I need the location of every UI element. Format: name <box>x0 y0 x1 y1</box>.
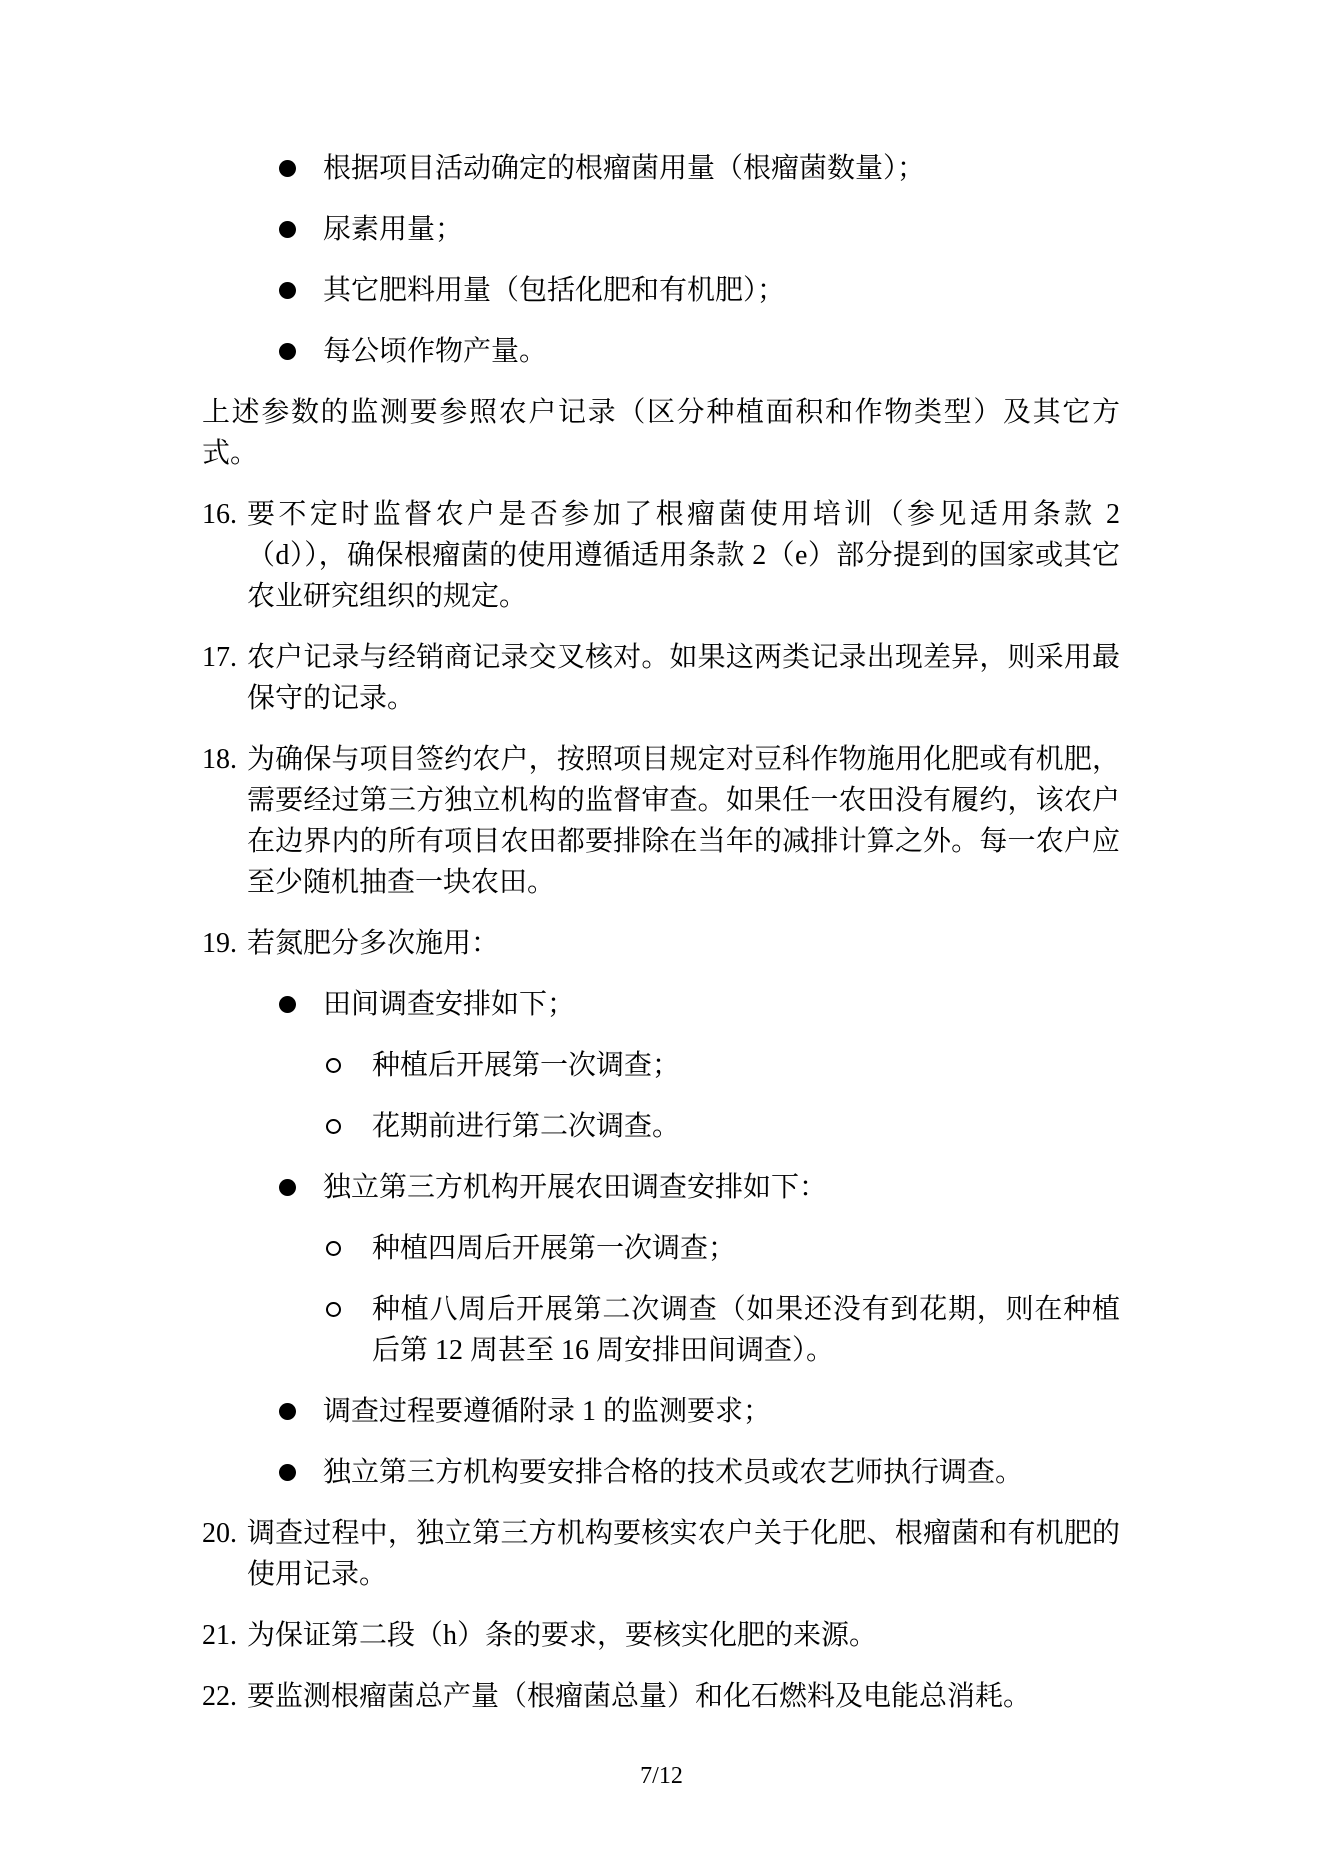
bullet-list-item: 独立第三方机构开展农田调查安排如下： <box>202 1167 1120 1208</box>
item-text: 为保证第二段（h）条的要求，要核实化肥的来源。 <box>247 1620 877 1651</box>
item-text: 为确保与项目签约农户，按照项目规定对豆科作物施用化肥或有机肥，需要经过第三方独立… <box>247 744 1120 898</box>
document-page: 根据项目活动确定的根瘤菌用量（根瘤菌数量）； 尿素用量； 其它肥料用量（包括化肥… <box>0 0 1323 1871</box>
intro-paragraph: 上述参数的监测要参照农户记录（区分种植面积和作物类型）及其它方式。 <box>202 392 1120 474</box>
bullet-list-item: 根据项目活动确定的根瘤菌用量（根瘤菌数量）； <box>202 148 1120 189</box>
disc-bullet-icon <box>279 1464 296 1481</box>
item-text: 农户记录与经销商记录交叉核对。如果这两类记录出现差异，则采用最保守的记录。 <box>247 642 1120 714</box>
disc-bullet-icon <box>279 160 296 177</box>
item-number: 22. <box>202 1676 237 1717</box>
disc-bullet-icon <box>279 343 296 360</box>
numbered-list: 16. 要不定时监督农户是否参加了根瘤菌使用培训（参见适用条款 2（d）），确保… <box>202 494 1120 1717</box>
numbered-list-item: 22. 要监测根瘤菌总产量（根瘤菌总量）和化石燃料及电能总消耗。 <box>202 1676 1120 1717</box>
disc-bullet-icon <box>279 282 296 299</box>
item-text: 要监测根瘤菌总产量（根瘤菌总量）和化石燃料及电能总消耗。 <box>247 1681 1031 1712</box>
item-text: 若氮肥分多次施用： <box>247 928 499 959</box>
bullet-list-item: 独立第三方机构要安排合格的技术员或农艺师执行调查。 <box>202 1452 1120 1493</box>
bullet-item-text: 尿素用量； <box>323 214 463 245</box>
circle-bullet-icon <box>326 1119 341 1134</box>
bullet-list-item: 田间调查安排如下； <box>202 984 1120 1025</box>
document-body: 根据项目活动确定的根瘤菌用量（根瘤菌数量）； 尿素用量； 其它肥料用量（包括化肥… <box>202 148 1120 1737</box>
sub-item-text: 种植四周后开展第一次调查； <box>372 1233 736 1264</box>
bullet-item-text: 田间调查安排如下； <box>323 989 575 1020</box>
numbered-list-item: 20. 调查过程中，独立第三方机构要核实农户关于化肥、根瘤菌和有机肥的使用记录。 <box>202 1513 1120 1595</box>
circle-bullet-icon <box>326 1058 341 1073</box>
numbered-list-item: 21. 为保证第二段（h）条的要求，要核实化肥的来源。 <box>202 1615 1120 1656</box>
page-number: 7/12 <box>640 1763 683 1789</box>
bullet-item-text: 其它肥料用量（包括化肥和有机肥）； <box>323 275 785 306</box>
page-footer: 7/12 <box>0 1762 1323 1790</box>
bullet-list-item: 其它肥料用量（包括化肥和有机肥）； <box>202 270 1120 311</box>
bullet-list-item: 调查过程要遵循附录 1 的监测要求； <box>202 1391 1120 1432</box>
item-number: 17. <box>202 637 237 678</box>
sub-item-text: 种植后开展第一次调查； <box>372 1050 680 1081</box>
bullet-item-text: 独立第三方机构要安排合格的技术员或农艺师执行调查。 <box>323 1457 1023 1488</box>
item-text: 调查过程中，独立第三方机构要核实农户关于化肥、根瘤菌和有机肥的使用记录。 <box>247 1518 1120 1590</box>
top-bullet-list: 根据项目活动确定的根瘤菌用量（根瘤菌数量）； 尿素用量； 其它肥料用量（包括化肥… <box>202 148 1120 372</box>
circle-sub-item: 花期前进行第二次调查。 <box>202 1106 1120 1147</box>
circle-sub-item: 种植后开展第一次调查； <box>202 1045 1120 1086</box>
item-text: 要不定时监督农户是否参加了根瘤菌使用培训（参见适用条款 2（d）），确保根瘤菌的… <box>247 499 1120 612</box>
bullet-item-text: 调查过程要遵循附录 1 的监测要求； <box>323 1396 771 1427</box>
bullet-item-text: 独立第三方机构开展农田调查安排如下： <box>323 1172 827 1203</box>
circle-bullet-icon <box>326 1241 341 1256</box>
item-number: 18. <box>202 739 237 780</box>
disc-bullet-icon <box>279 1179 296 1196</box>
sub-item-text: 花期前进行第二次调查。 <box>372 1111 680 1142</box>
item-number: 16. <box>202 494 237 535</box>
sub-item-text: 种植八周后开展第二次调查（如果还没有到花期，则在种植后第 12 周甚至 16 周… <box>372 1294 1120 1366</box>
item-number: 21. <box>202 1615 237 1656</box>
bullet-list-item: 每公顷作物产量。 <box>202 331 1120 372</box>
numbered-list-item: 16. 要不定时监督农户是否参加了根瘤菌使用培训（参见适用条款 2（d）），确保… <box>202 494 1120 617</box>
circle-bullet-icon <box>326 1302 341 1317</box>
bullet-list-item: 尿素用量； <box>202 209 1120 250</box>
numbered-list-item: 18. 为确保与项目签约农户，按照项目规定对豆科作物施用化肥或有机肥，需要经过第… <box>202 739 1120 903</box>
item-number: 20. <box>202 1513 237 1554</box>
item-number: 19. <box>202 923 237 964</box>
numbered-list-item: 19. 若氮肥分多次施用： <box>202 923 1120 964</box>
bullet-item-text: 每公顷作物产量。 <box>323 336 547 367</box>
numbered-list-item: 17. 农户记录与经销商记录交叉核对。如果这两类记录出现差异，则采用最保守的记录… <box>202 637 1120 719</box>
disc-bullet-icon <box>279 1403 296 1420</box>
circle-sub-item: 种植八周后开展第二次调查（如果还没有到花期，则在种植后第 12 周甚至 16 周… <box>202 1289 1120 1371</box>
disc-bullet-icon <box>279 996 296 1013</box>
circle-sub-item: 种植四周后开展第一次调查； <box>202 1228 1120 1269</box>
disc-bullet-icon <box>279 221 296 238</box>
bullet-item-text: 根据项目活动确定的根瘤菌用量（根瘤菌数量）； <box>323 153 925 184</box>
